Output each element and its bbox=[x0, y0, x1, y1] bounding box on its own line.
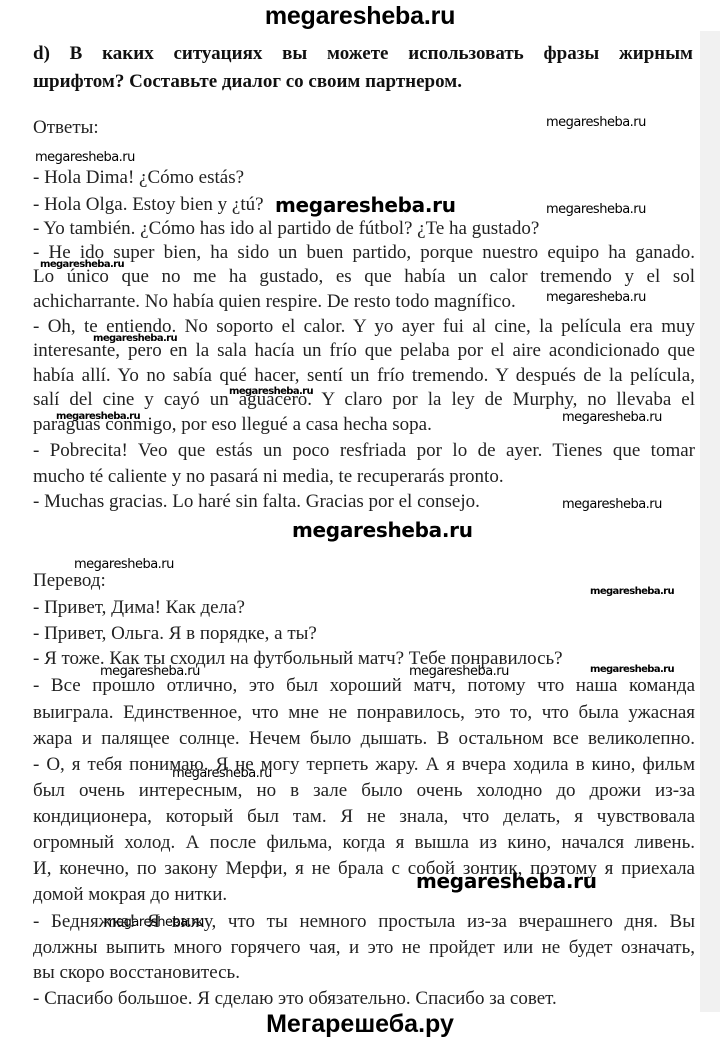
watermark: megaresheba.ru bbox=[229, 386, 313, 397]
watermark: megaresheba.ru bbox=[590, 586, 674, 597]
answer-line: - Pobrecita! Veo que estás un poco resfr… bbox=[33, 440, 695, 462]
watermark: megaresheba.ru bbox=[546, 290, 646, 305]
site-footer[interactable]: Мегарешеба.ру bbox=[0, 1010, 720, 1039]
task-line: шрифтом? Составьте диалог со своим партн… bbox=[33, 68, 693, 96]
answer-line: salí del cine y cayó un aguacero. Y clar… bbox=[33, 389, 695, 411]
answer-line: Lo único que no me ha gustado, es que ha… bbox=[33, 266, 695, 288]
answer-line: mucho té caliente y no pasará ni media, … bbox=[33, 466, 695, 488]
answer-line: - Hola Dima! ¿Cómo estás? bbox=[33, 167, 695, 189]
translation-line: был очень интересным, но в зале было оче… bbox=[33, 780, 695, 802]
translation-line: - Привет, Дима! Как дела? bbox=[33, 597, 695, 619]
watermark: megaresheba.ru bbox=[562, 410, 662, 425]
translation-line: огромный холод. А после фильма, когда я … bbox=[33, 832, 695, 854]
translation-heading: Перевод: bbox=[33, 570, 106, 592]
watermark: megaresheba.ru bbox=[104, 915, 204, 930]
watermark: megaresheba.ru bbox=[292, 518, 473, 542]
watermark: megaresheba.ru bbox=[93, 333, 177, 344]
watermark: megaresheba.ru bbox=[409, 664, 509, 679]
watermark: megaresheba.ru bbox=[74, 557, 174, 572]
watermark: megaresheba.ru bbox=[590, 664, 674, 675]
answers-heading: Ответы: bbox=[33, 117, 99, 139]
watermark: megaresheba.ru bbox=[562, 497, 662, 512]
translation-line: - О, я тебя понимаю. Я не могу терпеть ж… bbox=[33, 754, 695, 776]
translation-line: выиграла. Единственное, что мне не понра… bbox=[33, 702, 695, 724]
translation-line: кондиционера, который был там. Я не знал… bbox=[33, 806, 695, 828]
watermark: megaresheba.ru bbox=[416, 869, 597, 893]
site-header[interactable]: megaresheba.ru bbox=[0, 2, 720, 31]
watermark: megaresheba.ru bbox=[172, 766, 272, 781]
task-line: d) В каких ситуациях вы можете использов… bbox=[33, 40, 693, 68]
right-margin-strip bbox=[700, 31, 720, 1012]
watermark: megaresheba.ru bbox=[546, 202, 646, 217]
translation-line: - Спасибо большое. Я сделаю это обязател… bbox=[33, 988, 695, 1010]
translation-line: жара и палящее солнце. Нечем было дышать… bbox=[33, 728, 695, 750]
answer-line: había allí. Yo no sabía qué hacer, sentí… bbox=[33, 365, 695, 387]
watermark: megaresheba.ru bbox=[546, 115, 646, 130]
translation-line: должны выпить много горячего чая, и это … bbox=[33, 937, 695, 959]
answer-line: - Yo también. ¿Cómo has ido al partido d… bbox=[33, 218, 695, 240]
answer-line: - He ido super bien, ha sido un buen par… bbox=[33, 242, 695, 264]
watermark: megaresheba.ru bbox=[40, 259, 124, 270]
watermark: megaresheba.ru bbox=[275, 193, 456, 217]
watermark: megaresheba.ru bbox=[100, 664, 200, 679]
watermark: megaresheba.ru bbox=[56, 411, 140, 422]
watermark: megaresheba.ru bbox=[35, 150, 135, 165]
task-question: d) В каких ситуациях вы можете использов… bbox=[33, 40, 693, 96]
translation-line: вы скоро восстановитесь. bbox=[33, 962, 695, 984]
translation-line: - Привет, Ольга. Я в порядке, а ты? bbox=[33, 623, 695, 645]
